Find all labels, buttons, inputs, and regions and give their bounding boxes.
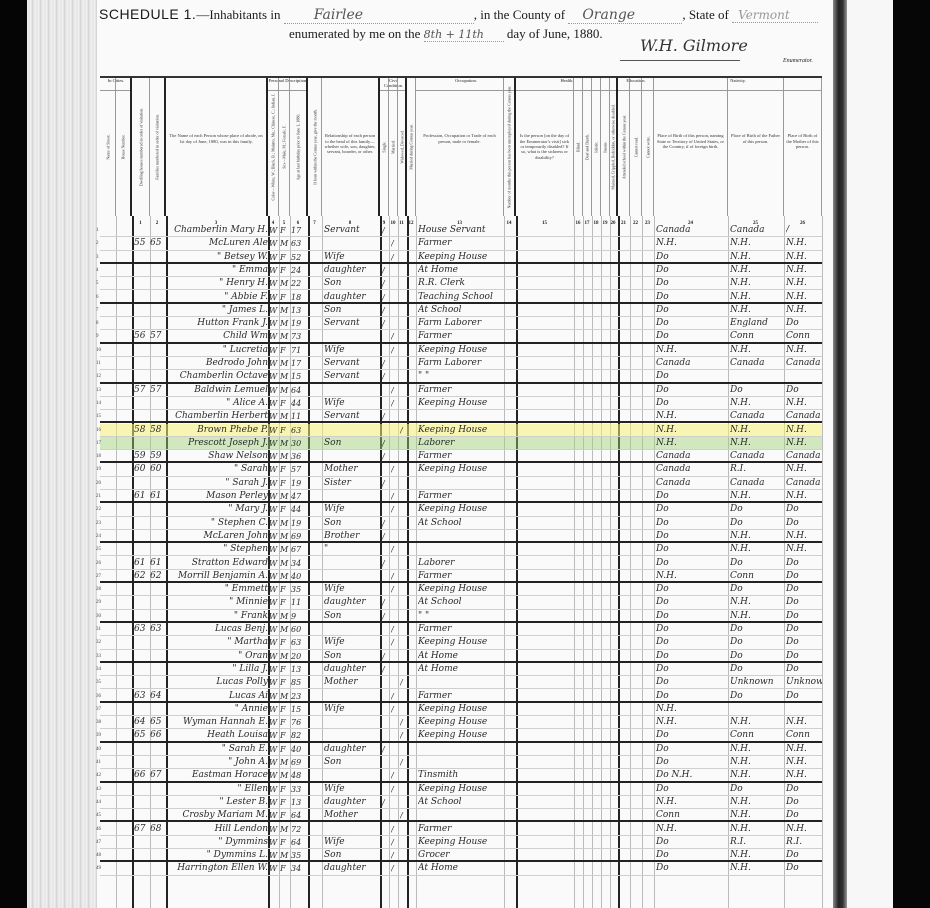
table-row[interactable]: 32" MarthaWF63Wife/Keeping HouseDoDoDo — [100, 636, 822, 649]
table-row[interactable]: 10" LucretiaWF71Wife/Keeping HouseN.H.N.… — [100, 344, 822, 357]
table-row[interactable]: 316363Lucas Benj.WM60/FarmerDoDoDo — [100, 623, 822, 636]
cell-sex: M — [280, 610, 290, 621]
cell-family: 61 — [150, 490, 166, 501]
cell-age: 9 — [291, 610, 307, 621]
cell-married — [391, 796, 399, 808]
cell-dwelling: 63 — [134, 623, 150, 635]
cell-widowed — [400, 384, 408, 396]
cell-mother: N.H. — [786, 291, 822, 302]
cell-occupation: At Home — [418, 264, 504, 276]
cell-father: N.H. — [730, 796, 784, 808]
cell-single: / — [382, 743, 390, 755]
table-row[interactable]: 25565McLuren AleWM63/FarmerN.H.N.H.N.H. — [100, 237, 822, 250]
table-row[interactable]: 35Lucas PollyWF85Mother/DoUnknownUnknown — [100, 676, 822, 689]
cell-sex: M — [280, 823, 290, 835]
cell-occupation — [418, 809, 504, 820]
cell-married — [391, 224, 399, 236]
cell-married — [391, 729, 399, 740]
table-row[interactable]: 48" Dymmins L.WM35Son/GrocerDoN.H.Do — [100, 849, 822, 862]
table-row[interactable]: 22" Mary J.WF44Wife/Keeping HouseDoDoDo — [100, 503, 822, 516]
cell-age: 72 — [291, 823, 307, 835]
cell-widowed: / — [400, 729, 408, 740]
line-number: 38 — [96, 716, 101, 729]
cell-widowed — [400, 650, 408, 661]
cell-color: W — [269, 357, 279, 369]
cell-widowed: / — [400, 716, 408, 728]
cell-widowed — [400, 344, 408, 356]
cell-mother: / — [786, 224, 822, 236]
cell-single: / — [382, 437, 390, 449]
cell-relation: daughter — [324, 743, 380, 755]
cell-mother: Do — [786, 783, 822, 795]
cell-father: N.H. — [730, 397, 784, 409]
cell-age: 40 — [291, 743, 307, 755]
cell-married: / — [391, 570, 399, 581]
table-row[interactable]: 7" James L.WM13Son/At SchoolDoN.H.N.H. — [100, 304, 822, 317]
cell-sex: F — [280, 224, 290, 236]
table-row[interactable]: 33" OranWM20Son/At HomeDoDoDo — [100, 650, 822, 663]
line-number: 37 — [96, 703, 101, 716]
cell-married — [391, 437, 399, 449]
table-row[interactable]: 5" Henry H.WM22Son/R.R. ClerkDoN.H.N.H. — [100, 277, 822, 290]
cell-age: 13 — [291, 796, 307, 808]
cell-occupation — [418, 756, 504, 768]
cell-family — [150, 849, 166, 860]
column-header-label: Maimed, Crippled, Bedridden, or otherwis… — [611, 104, 616, 189]
cell-relation: Mother — [324, 463, 380, 475]
cell-occupation: Farmer — [418, 330, 504, 341]
cell-father: Do — [730, 623, 784, 635]
column-header-2: Families numbered in order of visitation… — [150, 78, 166, 216]
cell-color: W — [269, 370, 279, 381]
cell-family — [150, 530, 166, 541]
cell-widowed — [400, 264, 408, 276]
cell-sex: F — [280, 424, 290, 436]
cell-birth: Canada — [656, 224, 728, 236]
cell-married: / — [391, 503, 399, 515]
cell-father: Do — [730, 503, 784, 515]
table-row[interactable]: 14" Alice A.WF44Wife/Keeping HouseDoN.H.… — [100, 397, 822, 410]
cell-family — [150, 650, 166, 661]
cell-age: 15 — [291, 370, 307, 381]
column-rule — [822, 216, 823, 908]
cell-color: W — [269, 424, 279, 436]
cell-color: W — [269, 304, 279, 316]
cell-single: / — [382, 291, 390, 302]
cell-dwelling — [134, 849, 150, 860]
cell-widowed — [400, 517, 408, 529]
column-header-label: Name of Street. — [105, 134, 110, 159]
cell-father: Do — [730, 583, 784, 595]
cell-dwelling — [134, 370, 150, 381]
cell-occupation: Farmer — [418, 570, 504, 581]
table-row[interactable]: 43" EllenWF33Wife/Keeping HouseDoDoDo — [100, 783, 822, 796]
cell-married — [391, 756, 399, 768]
cell-occupation: At Home — [418, 862, 504, 874]
cell-widowed — [400, 570, 408, 581]
cell-name: Lucas Ai — [168, 690, 268, 701]
table-row[interactable]: 11Bedrodo JohnWM17Servant/Farm LaborerCa… — [100, 357, 822, 370]
cell-occupation: Teaching School — [418, 291, 504, 302]
cell-age: 82 — [291, 729, 307, 740]
cell-color: W — [269, 397, 279, 409]
cell-age: 34 — [291, 557, 307, 569]
cell-color: W — [269, 583, 279, 595]
cell-occupation: Farm Laborer — [418, 357, 504, 369]
cell-name: " Stephen — [168, 543, 268, 555]
cell-age: 36 — [291, 450, 307, 461]
cell-color: W — [269, 317, 279, 329]
cell-name: McLuren Ale — [168, 237, 268, 249]
table-row[interactable]: 29" MinnieWF11daughter/At SchoolDoN.H.Do — [100, 596, 822, 609]
cell-widowed — [400, 557, 408, 569]
cell-married — [391, 424, 399, 436]
table-row[interactable]: 386465Wyman Hannah E.WF76/Keeping HouseN… — [100, 716, 822, 729]
cell-mother: Do — [786, 623, 822, 635]
cell-birth: Do — [656, 397, 728, 409]
table-row[interactable]: 135757Baldwin LemuelWM64/FarmerDoDoDo — [100, 384, 822, 397]
column-header-20: Maimed, Crippled, Bedridden, or otherwis… — [610, 78, 618, 216]
cell-sex: F — [280, 397, 290, 409]
cell-married: / — [391, 251, 399, 262]
table-row[interactable]: 15Chamberlin HerbertWM11Servant/N.H.Cana… — [100, 410, 822, 423]
line-number: 26 — [96, 557, 101, 570]
cell-family — [150, 357, 166, 369]
cell-birth: Do — [656, 490, 728, 501]
table-row[interactable]: 20" Sarah J.WF19Sister/CanadaCanadaCanad… — [100, 477, 822, 490]
cell-sex: M — [280, 650, 290, 661]
book-spine — [833, 0, 847, 908]
cell-mother: N.H. — [786, 543, 822, 555]
cell-name: " Lester B. — [168, 796, 268, 808]
cell-married — [391, 530, 399, 541]
cell-relation — [324, 330, 380, 341]
cell-married: / — [391, 583, 399, 595]
cell-mother: N.H. — [786, 756, 822, 768]
cell-sex: F — [280, 596, 290, 608]
cell-birth: Do — [656, 384, 728, 396]
cell-birth: Canada — [656, 357, 728, 369]
cell-single — [382, 424, 390, 436]
table-row[interactable]: 45Crosby Mariam M.WF64Mother/ConnN.H.Do — [100, 809, 822, 822]
cell-age: 17 — [291, 357, 307, 369]
cell-father: Do — [730, 384, 784, 396]
table-row[interactable]: 6" Abbie F.WF18daughter/Teaching SchoolD… — [100, 291, 822, 304]
cell-dwelling — [134, 756, 150, 768]
cell-single: / — [382, 477, 390, 489]
cell-dwelling — [134, 783, 150, 795]
cell-occupation: Laborer — [418, 437, 504, 449]
cell-age: 85 — [291, 676, 307, 688]
cell-sex: F — [280, 729, 290, 740]
table-row[interactable]: 49Harrington Ellen W.WF34daughter/At Hom… — [100, 862, 822, 875]
column-header-13: Profession, Occupation or Trade of each … — [416, 78, 504, 216]
cell-age: 33 — [291, 783, 307, 795]
cell-family — [150, 517, 166, 529]
cell-name: Lucas Benj. — [168, 623, 268, 635]
table-row[interactable]: 30" FrankWM9Son/" "DoN.H.Do — [100, 610, 822, 623]
cell-dwelling: 55 — [134, 237, 150, 249]
cell-birth: N.H. — [656, 716, 728, 728]
cell-family — [150, 477, 166, 489]
cell-single — [382, 463, 390, 475]
cell-sex: F — [280, 676, 290, 688]
cell-dwelling: 65 — [134, 729, 150, 740]
cell-single — [382, 623, 390, 635]
cell-age: 64 — [291, 384, 307, 396]
line-number: 36 — [96, 690, 101, 703]
cell-name: " Martha — [168, 636, 268, 648]
cell-occupation: Farmer — [418, 490, 504, 501]
cell-occupation: Farmer — [418, 690, 504, 701]
cell-mother: Conn — [786, 330, 822, 341]
cell-mother: Do — [786, 557, 822, 569]
cell-occupation: Farmer — [418, 823, 504, 835]
table-row[interactable]: 12Chamberlin OctaveWM15Servant/" "Do — [100, 370, 822, 383]
cell-single: / — [382, 357, 390, 369]
cell-relation: " — [324, 543, 380, 555]
cell-relation: Wife — [324, 251, 380, 262]
cell-married — [391, 676, 399, 688]
cell-father: Conn — [730, 330, 784, 341]
cell-widowed — [400, 783, 408, 795]
cell-sex: M — [280, 450, 290, 461]
line-number: 45 — [96, 809, 101, 822]
table-row[interactable]: 426667Eastman HoraceWM48/TinsmithDo N.H.… — [100, 769, 822, 782]
table-row[interactable]: 25" StephenWM67"/DoN.H.N.H. — [100, 543, 822, 556]
cell-occupation: At Home — [418, 663, 504, 675]
cell-mother: N.H. — [786, 344, 822, 356]
table-row[interactable]: 216161Mason PerleyWM47/FarmerDoN.H.N.H. — [100, 490, 822, 503]
film-left-edge — [0, 0, 27, 908]
cell-color: W — [269, 477, 279, 489]
cell-widowed — [400, 277, 408, 289]
cell-family — [150, 397, 166, 409]
table-row[interactable]: 40" Sarah E.WF40daughter/DoN.H.N.H. — [100, 743, 822, 756]
cell-age: 35 — [291, 583, 307, 595]
column-header-19: Insane.19 — [601, 78, 610, 216]
cell-color: W — [269, 849, 279, 860]
cell-sex: F — [280, 291, 290, 302]
cell-dwelling: 64 — [134, 716, 150, 728]
cell-father: Canada — [730, 477, 784, 489]
cell-age: 15 — [291, 703, 307, 715]
cell-age: 52 — [291, 251, 307, 262]
cell-mother: N.H. — [786, 237, 822, 249]
cell-age: 19 — [291, 517, 307, 529]
cell-family — [150, 796, 166, 808]
cell-dwelling — [134, 676, 150, 688]
table-row[interactable]: 4" EmmaWF24daughter/At HomeDoN.H.N.H. — [100, 264, 822, 277]
table-row[interactable]: 3" Betsey W.WF52Wife/Keeping HouseDoN.H.… — [100, 251, 822, 264]
column-header-label: Single. — [382, 141, 387, 152]
cell-widowed — [400, 610, 408, 621]
cell-dwelling — [134, 650, 150, 661]
cell-birth: Do — [656, 862, 728, 874]
column-header-label: Relationship of each person to the head … — [324, 133, 376, 155]
cell-occupation: Keeping House — [418, 583, 504, 595]
cell-mother: Do — [786, 583, 822, 595]
cell-family: 57 — [150, 330, 166, 341]
cell-dwelling — [134, 703, 150, 715]
cell-age: 40 — [291, 570, 307, 581]
line-number: 18 — [96, 450, 101, 463]
cell-relation: Servant — [324, 357, 380, 369]
cell-married: / — [391, 769, 399, 780]
line-number: 30 — [96, 610, 101, 623]
cell-mother: N.H. — [786, 490, 822, 501]
cell-widowed — [400, 690, 408, 701]
cell-color: W — [269, 836, 279, 848]
cell-widowed — [400, 530, 408, 541]
cell-married — [391, 410, 399, 421]
cell-name: Hutton Frank J. — [168, 317, 268, 329]
cell-single — [382, 583, 390, 595]
table-row[interactable]: 196060" SarahWF57Mother/Keeping HouseCan… — [100, 463, 822, 476]
cell-relation: Wife — [324, 397, 380, 409]
cell-family: 63 — [150, 623, 166, 635]
cell-father: Unknown — [730, 676, 784, 688]
cell-color: W — [269, 796, 279, 808]
cell-father: N.H. — [730, 424, 784, 436]
column-header-4: Color—White, W.; Black, B.; Mulatto, Mu.… — [268, 78, 279, 216]
cell-father: N.H. — [730, 264, 784, 276]
table-row[interactable]: 466768Hill LendonWM72/FarmerN.H.N.H.N.H. — [100, 823, 822, 836]
column-header-18: Idiotic.18 — [592, 78, 601, 216]
cell-family — [150, 264, 166, 276]
line-number: 11 — [96, 357, 101, 370]
line-number: 23 — [96, 517, 101, 530]
cell-widowed — [400, 796, 408, 808]
table-row[interactable]: 266161Stratton EdwardWM34/LaborerDoDoDo — [100, 557, 822, 570]
cell-birth: Do — [656, 277, 728, 289]
cell-occupation: R.R. Clerk — [418, 277, 504, 289]
cell-color: W — [269, 450, 279, 461]
column-header-label: Sex—Male, M.; Female, F. — [282, 125, 287, 169]
cell-occupation: Farmer — [418, 384, 504, 396]
cell-widowed: / — [400, 756, 408, 768]
cell-widowed — [400, 357, 408, 369]
table-row[interactable]: 44" Lester B.WF13daughter/At SchoolN.H.N… — [100, 796, 822, 809]
cell-occupation: Keeping House — [418, 463, 504, 475]
cell-birth: N.H. — [656, 344, 728, 356]
table-row[interactable]: 95657Child WmWM73/FarmerDoConnConn — [100, 330, 822, 343]
table-row[interactable]: 34" Lilla J.WF13daughter/At HomeDoDoDo — [100, 663, 822, 676]
cell-mother: N.H. — [786, 530, 822, 541]
table-row[interactable]: 37" AnnieWF15Wife/Keeping HouseN.H. — [100, 703, 822, 716]
cell-dwelling — [134, 304, 150, 316]
line-number: 24 — [96, 530, 101, 543]
cell-single — [382, 756, 390, 768]
line-number: 16 — [96, 424, 101, 437]
cell-occupation: Farmer — [418, 623, 504, 635]
table-row[interactable]: 366364Lucas AiWM23/FarmerDoDoDo — [100, 690, 822, 703]
table-row[interactable]: 23" Stephen C.WM19Son/At SchoolDoDoDo — [100, 517, 822, 530]
cell-single: / — [382, 530, 390, 541]
table-row[interactable]: 24McLaren JohnWM69Brother/DoN.H.N.H. — [100, 530, 822, 543]
header-text: —Inhabitants in — [196, 7, 280, 22]
cell-birth: N.H. — [656, 823, 728, 835]
cell-color: W — [269, 596, 279, 608]
cell-family — [150, 543, 166, 555]
cell-name: " Dymmins L. — [168, 849, 268, 860]
column-header-label: Age at last birthday prior to June 1, 18… — [296, 114, 301, 181]
cell-age: 11 — [291, 596, 307, 608]
cell-mother: Unknown — [786, 676, 822, 688]
cell-widowed — [400, 743, 408, 755]
cell-father: N.H. — [730, 304, 784, 316]
cell-sex: M — [280, 623, 290, 635]
cell-color: W — [269, 756, 279, 768]
cell-birth: Do — [656, 543, 728, 555]
cell-sex: F — [280, 703, 290, 715]
cell-relation: Sister — [324, 477, 380, 489]
enumerator-label: Enumerator. — [783, 58, 813, 64]
line-number: 39 — [96, 729, 101, 742]
line-number: 15 — [96, 410, 101, 423]
cell-birth: Do — [656, 610, 728, 621]
line-number: 41 — [96, 756, 101, 769]
cell-family: 66 — [150, 729, 166, 740]
cell-widowed — [400, 490, 408, 501]
cell-color: W — [269, 823, 279, 835]
table-row[interactable]: 8Hutton Frank J.WM19Servant/Farm Laborer… — [100, 317, 822, 330]
table-row[interactable]: 185959Shaw NelsonWM36/FarmerCanadaCanada… — [100, 450, 822, 463]
line-number: 28 — [96, 583, 101, 596]
cell-color: W — [269, 729, 279, 740]
line-number: 10 — [96, 344, 101, 357]
table-row[interactable]: 47" DymminsWF64Wife/Keeping HouseDoR.I.R… — [100, 836, 822, 849]
cell-name: Wyman Hannah E. — [168, 716, 268, 728]
cell-mother: Do — [786, 862, 822, 874]
cell-birth: Do — [656, 517, 728, 529]
cell-sex: M — [280, 277, 290, 289]
cell-married — [391, 809, 399, 820]
cell-dwelling — [134, 344, 150, 356]
cell-age: 64 — [291, 836, 307, 848]
cell-birth: Do — [656, 756, 728, 768]
cell-birth: Do — [656, 783, 728, 795]
cell-birth: Do — [656, 836, 728, 848]
cell-single — [382, 716, 390, 728]
cell-sex: M — [280, 304, 290, 316]
cell-relation: Wife — [324, 583, 380, 595]
cell-name: " John A. — [168, 756, 268, 768]
table-row[interactable]: 276262Morrill Benjamin A.WM40/FarmerN.H.… — [100, 570, 822, 583]
cell-age: 73 — [291, 330, 307, 341]
cell-father: N.H. — [730, 610, 784, 621]
table-row[interactable]: 28" EmmettWF35Wife/Keeping HouseDoDoDo — [100, 583, 822, 596]
cell-sex: F — [280, 716, 290, 728]
cell-occupation: At Home — [418, 650, 504, 661]
cell-mother: Do — [786, 596, 822, 608]
table-row[interactable]: 165858Brown Phebe P.WF63/Keeping HouseN.… — [100, 424, 822, 437]
table-row[interactable]: 41" John A.WM69Son/DoN.H.N.H. — [100, 756, 822, 769]
column-header-city-0: Name of Street. — [100, 78, 116, 216]
cell-relation: Son — [324, 517, 380, 529]
cell-mother: Do — [786, 610, 822, 621]
column-header-15: Is the person [on the day of the Enumera… — [516, 78, 574, 216]
table-row[interactable]: 17Prescott Joseph J.WM30Son/LaborerN.H.N… — [100, 437, 822, 450]
table-row[interactable]: 396566Heath LouisaWF82/Keeping HouseDoCo… — [100, 729, 822, 742]
cell-color: W — [269, 277, 279, 289]
table-row[interactable]: 1Chamberlin Mary H.WF17Servant/House Ser… — [100, 224, 822, 237]
cell-dwelling — [134, 224, 150, 236]
cell-father: R.I. — [730, 836, 784, 848]
cell-relation: daughter — [324, 862, 380, 874]
cell-name: " Sarah — [168, 463, 268, 475]
cell-relation: Son — [324, 437, 380, 449]
